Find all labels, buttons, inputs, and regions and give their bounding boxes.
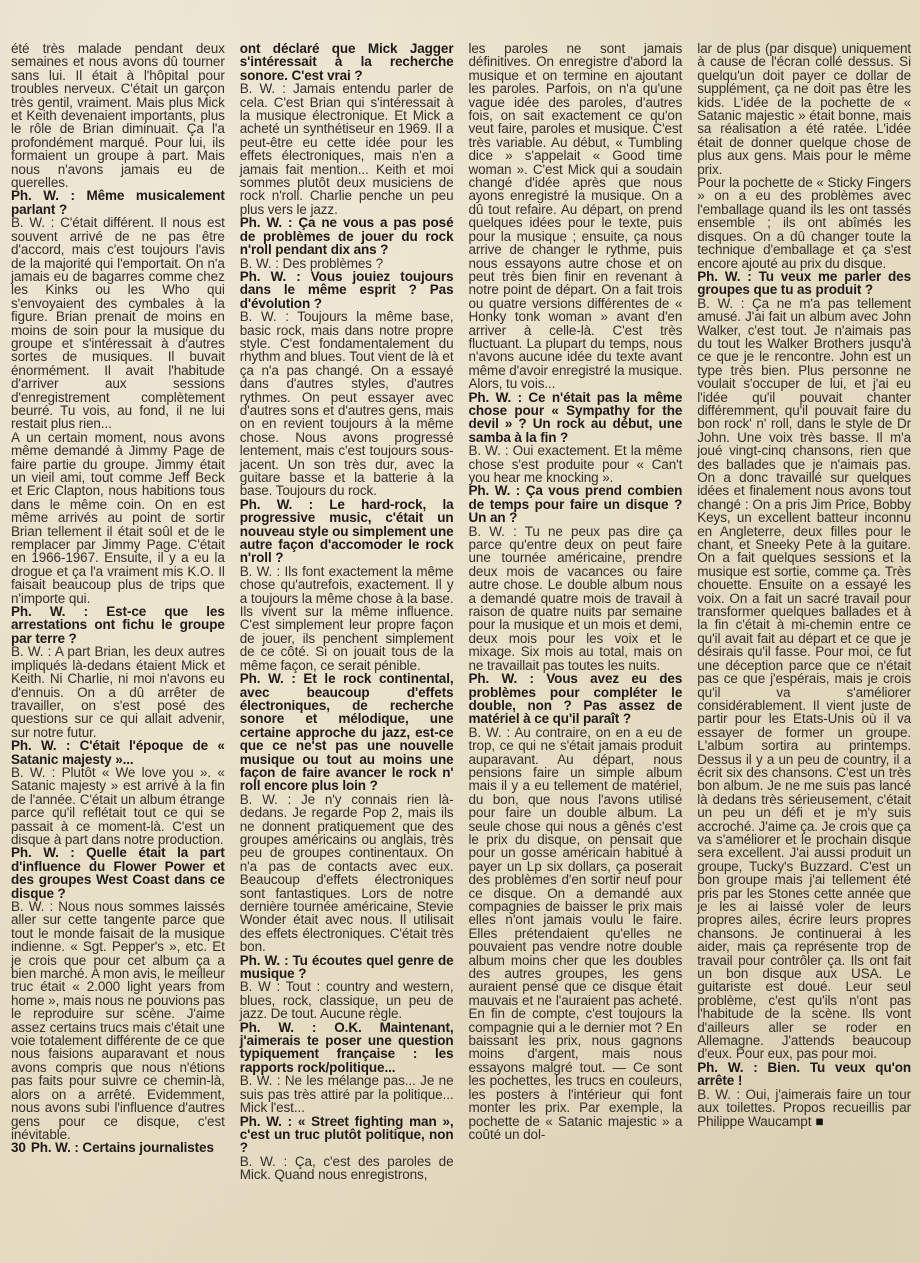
magazine-page: été très malade pendant deux semaines et… [0, 0, 920, 1263]
answer-paragraph: B. W. : Oui exactement. Et la même chose… [469, 444, 683, 484]
answer-paragraph: B. W. : Tu ne peux pas dire ça parce qu'… [469, 525, 683, 672]
answer-paragraph: B. W. : Jamais entendu parler de cela. C… [240, 82, 454, 216]
interviewer-question: Ph. W. : Bien. Tu veux qu'on arrête ! [697, 1061, 911, 1088]
answer-paragraph: B. W. : Ils font exactement la même chos… [240, 565, 454, 672]
answer-paragraph: B. W. : Des problèmes ? [240, 257, 454, 270]
paragraph: été très malade pendant deux semaines et… [11, 42, 225, 189]
paragraph: lar de plus (par disque) uniquement à ca… [697, 42, 911, 176]
answer-paragraph: B. W. : Nous nous sommes laissés aller s… [11, 900, 225, 1141]
interviewer-question: Ph. W. : « Street fighting man », c'est … [240, 1115, 454, 1155]
text-column-4: lar de plus (par disque) uniquement à ca… [697, 42, 911, 1182]
interviewer-question: Ph. W. : Et le rock continental, avec be… [240, 672, 454, 793]
interviewer-question: ont déclaré que Mick Jagger s'intéressai… [240, 42, 454, 82]
interviewer-question: Ph. W. : Ça vous prend combien de temps … [469, 484, 683, 524]
page-number: 30 [11, 1140, 31, 1155]
text-column-3: les paroles ne sont jamais définitives. … [469, 42, 683, 1182]
interviewer-question: Ph. W. : Est-ce que les arrestations ont… [11, 605, 225, 645]
paragraph: les paroles ne sont jamais définitives. … [469, 42, 683, 391]
interviewer-question: Ph. W. : Vous avez eu des problèmes pour… [469, 672, 683, 726]
paragraph: Pour la pochette de « Sticky Fingers » o… [697, 176, 911, 270]
interviewer-question: Ph. W. : Ça ne vous a pas posé de problè… [240, 216, 454, 256]
interviewer-question: Ph. W. : Quelle était la part d'influenc… [11, 846, 225, 900]
answer-paragraph: B. W. : C'était différent. Il nous est s… [11, 216, 225, 431]
answer-paragraph: B. W. : Toujours la même base, basic roc… [240, 310, 454, 498]
answer-paragraph: B. W. : Ça, c'est des paroles de Mick. Q… [240, 1155, 454, 1182]
interviewer-question: Ph. W. : Tu écoutes quel genre de musiqu… [240, 954, 454, 981]
text-column-1: été très malade pendant deux semaines et… [11, 42, 225, 1182]
interviewer-question: Ph. W. : C'était l'époque de « Satanic m… [11, 739, 225, 766]
answer-paragraph: B. W. : Ça ne m'a pas tellement amusé. J… [697, 297, 911, 1061]
text-column-2: ont déclaré que Mick Jagger s'intéressai… [240, 42, 454, 1182]
answer-paragraph: B. W. : A part Brian, les deux autres im… [11, 645, 225, 739]
answer-paragraph: B. W. : Plutôt « We love you ». « Satani… [11, 766, 225, 846]
end-of-article-mark: ■ [811, 1114, 823, 1129]
answer-paragraph: B. W. : Oui, j'aimerais faire un tour au… [697, 1088, 911, 1128]
article-columns: été très malade pendant deux semaines et… [0, 0, 920, 1182]
interviewer-question: Ph. W. : Ce n'était pas la même chose po… [469, 391, 683, 445]
interviewer-question: Ph. W. : Vous jouiez toujours dans le mê… [240, 270, 454, 310]
answer-paragraph: B. W. : Au contraire, on en a eu de trop… [469, 726, 683, 1142]
interviewer-question: Ph. W. : O.K. Maintenant, j'aimerais te … [240, 1021, 454, 1075]
answer-paragraph: B. W. : Je n'y connais rien là-dedans. J… [240, 793, 454, 954]
interviewer-question: 30Ph. W. : Certains journalistes [11, 1141, 225, 1154]
answer-paragraph: B. W. : Ne les mélange pas... Je ne suis… [240, 1074, 454, 1114]
answer-paragraph: B. W : Tout : country and western, blues… [240, 980, 454, 1020]
interviewer-question: Ph. W. : Le hard-rock, la progressive mu… [240, 498, 454, 565]
interviewer-question: Ph. W. : Même musicalement parlant ? [11, 189, 225, 216]
interviewer-question: Ph. W. : Tu veux me parler des groupes q… [697, 270, 911, 297]
paragraph: A un certain moment, nous avons même dem… [11, 431, 225, 605]
